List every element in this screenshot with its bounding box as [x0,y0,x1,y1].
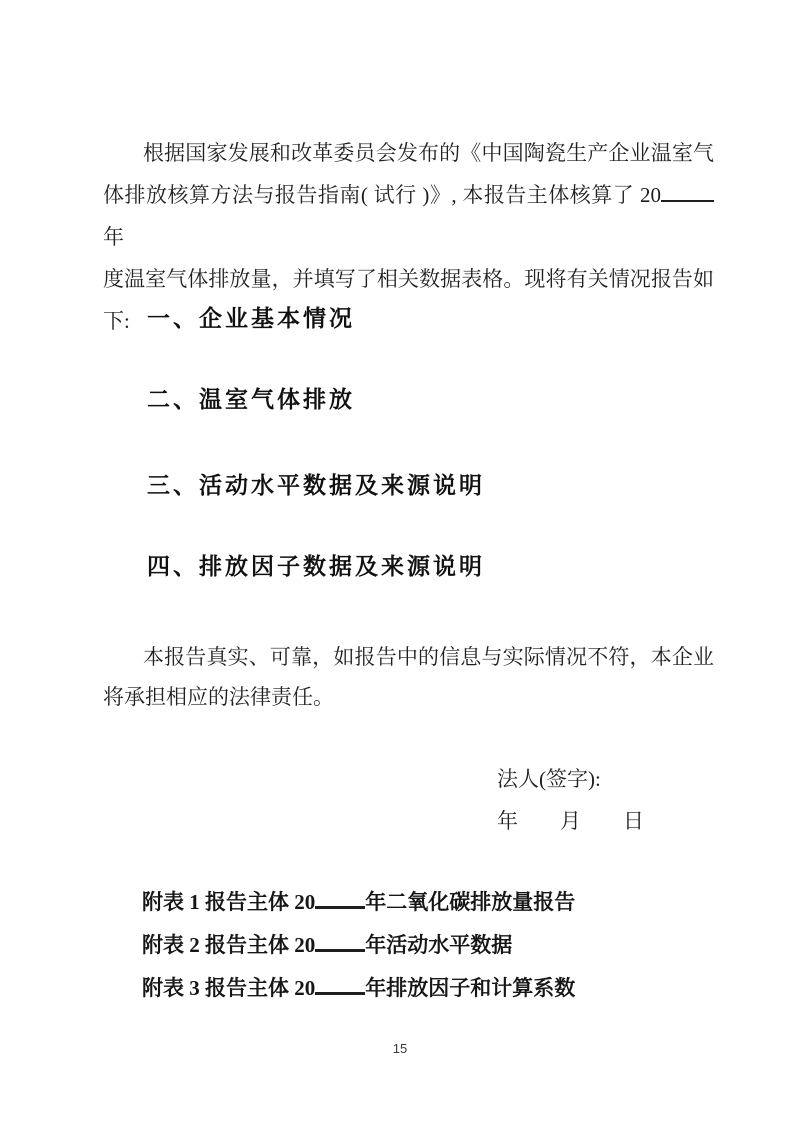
section-heading-company-info: 一、企业基本情况 [147,305,355,331]
annex-table-3-text: 附表 3 报告主体 20 [142,976,315,1000]
intro-line-2: 体排放核算方法与报告指南( 试行 )》, 本报告主体核算了 20年 [103,174,714,258]
document-page: 根据国家发展和改革委员会发布的《中国陶瓷生产企业温室气 体排放核算方法与报告指南… [0,0,800,1131]
legal-person-signature-label: 法人(签字): [497,758,644,800]
annex-table-1-text: 附表 1 报告主体 20 [142,890,315,914]
date-label: 年 月 日 [497,800,644,842]
annex-table-list: 附表 1 报告主体 20年二氧化碳排放量报告 附表 2 报告主体 20年活动水平… [142,881,575,1010]
section-heading-ghg-emissions: 二、温室气体排放 [147,386,355,412]
declaration-line-2: 将承担相应的法律责任。 [103,677,714,717]
intro-line-2-suffix: 年 [103,225,124,249]
declaration-paragraph: 本报告真实、可靠，如报告中的信息与实际情况不符，本企业 将承担相应的法律责任。 [103,637,714,717]
annex-table-1-suffix: 年二氧化碳排放量报告 [365,890,575,914]
page-number: 15 [0,1041,800,1056]
year-blank-underline [315,929,365,952]
section-heading-emission-factors: 四、排放因子数据及来源说明 [147,553,485,579]
year-blank-underline [315,886,365,909]
annex-table-1: 附表 1 报告主体 20年二氧化碳排放量报告 [142,881,575,924]
section-heading-activity-data: 三、活动水平数据及来源说明 [147,472,485,498]
intro-line-1: 根据国家发展和改革委员会发布的《中国陶瓷生产企业温室气 [103,132,714,174]
year-blank-underline [661,180,714,202]
intro-line-2-text: 体排放核算方法与报告指南( 试行 )》, 本报告主体核算了 20 [103,183,661,207]
year-blank-underline [315,972,365,995]
declaration-line-1: 本报告真实、可靠，如报告中的信息与实际情况不符，本企业 [103,637,714,677]
annex-table-2: 附表 2 报告主体 20年活动水平数据 [142,924,575,967]
signature-block: 法人(签字): 年 月 日 [497,758,644,842]
annex-table-2-text: 附表 2 报告主体 20 [142,933,315,957]
annex-table-3: 附表 3 报告主体 20年排放因子和计算系数 [142,967,575,1010]
annex-table-2-suffix: 年活动水平数据 [365,933,512,957]
annex-table-3-suffix: 年排放因子和计算系数 [365,976,575,1000]
intro-line-3: 度温室气体排放量，并填写了相关数据表格。现将有关情况报告如 [103,258,714,300]
